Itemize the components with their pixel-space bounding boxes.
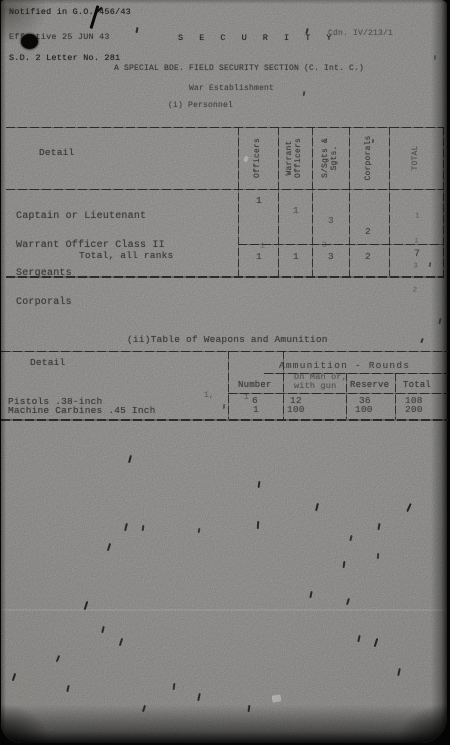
corporals-count: 2: [365, 227, 371, 237]
section-i-heading: (i) Personnel: [168, 101, 233, 110]
carbines-total-rounds: 200: [405, 405, 423, 415]
dust-speck: [372, 139, 374, 143]
dust-speck: [377, 523, 380, 530]
reserve-header: Reserve: [350, 381, 389, 390]
dust-speck: [248, 705, 251, 712]
dust-speck: [349, 535, 352, 541]
dust-speck: [343, 561, 346, 568]
table-border: [1, 351, 448, 352]
weapons-detail-header: Detail: [30, 358, 65, 368]
dust-speck: [258, 481, 261, 488]
dust-speck: [124, 523, 127, 531]
row-total: 3: [413, 262, 448, 271]
scan-light-band: [1, 609, 447, 611]
row-total: 2: [413, 287, 448, 296]
table-border: [238, 244, 444, 245]
dust-speck: [107, 543, 111, 551]
dust-speck: [397, 668, 400, 676]
dust-speck: [135, 27, 138, 33]
total-sgts: 3: [328, 252, 334, 262]
dust-speck: [119, 638, 123, 646]
unit-title: A SPECIAL BDE. FIELD SECURITY SECTION (C…: [114, 64, 364, 73]
row-total: 1: [415, 213, 450, 222]
dust-speck: [309, 591, 312, 598]
security-classification: S E C U R I T Y: [178, 34, 337, 43]
doc-type-heading: War Establishment: [189, 84, 274, 93]
dust-speck: [142, 525, 144, 531]
stray-typed-mark: 1,: [204, 391, 214, 400]
rank-row-warrant-officer: Warrant Officer Class II: [16, 241, 165, 251]
dust-speck: [406, 503, 411, 512]
dust-speck: [128, 455, 132, 463]
dust-speck: [377, 553, 379, 559]
dust-speck: [56, 655, 60, 662]
stray-typed-mark: 3: [322, 241, 327, 250]
sgts-count: 3: [328, 216, 334, 226]
dust-speck: [357, 635, 360, 642]
dust-speck: [303, 91, 305, 96]
column-header-total: TOTAL: [387, 126, 445, 190]
dust-speck: [142, 705, 146, 712]
weapons-table-title: (ii)Table of Weapons and Amunition: [127, 335, 328, 345]
table-border: [395, 373, 396, 419]
officers-count: 1: [256, 196, 262, 206]
rank-row-sergeants: Sergeants: [16, 269, 165, 279]
table-border: [228, 351, 229, 419]
dust-speck: [101, 626, 104, 633]
carbines-reserve: 100: [355, 405, 373, 415]
carbines-number: 1: [253, 405, 259, 415]
white-fleck: [271, 694, 281, 702]
rank-row-corporals: Corporals: [16, 298, 165, 308]
total-officers: 1: [256, 252, 262, 262]
dust-speck: [173, 683, 176, 690]
dust-speck: [438, 318, 441, 324]
table-border: [1, 419, 448, 421]
dust-speck: [315, 503, 318, 511]
dust-speck: [420, 338, 423, 343]
ammo-total-header: Total: [403, 381, 431, 390]
on-man-header: On Man or, with gun: [294, 373, 347, 391]
document-page: Notified in G.O. 456/43 Effective 25 JUN…: [1, 0, 447, 743]
dust-speck: [434, 55, 436, 60]
establishment-reference: Cdn. IV/213/1: [328, 29, 393, 38]
grand-total: 7: [414, 250, 420, 260]
dust-speck: [374, 638, 378, 647]
total-warrant-officers: 1: [293, 252, 299, 262]
photo-vignette: [1, 0, 447, 743]
sd-letter-line: S.D. 2 Letter No. 281: [9, 54, 120, 63]
dust-speck: [66, 685, 69, 692]
dust-speck: [198, 528, 200, 533]
stray-typed-mark: 1: [260, 242, 265, 251]
ammunition-group-header: Ammunition - Rounds: [279, 361, 410, 371]
table-border: [228, 393, 448, 394]
scanned-document-photo: Notified in G.O. 456/43 Effective 25 JUN…: [0, 0, 450, 745]
stray-typed-mark: 1: [244, 393, 249, 402]
row-total: 1: [414, 237, 449, 246]
number-header: Number: [238, 381, 272, 390]
rank-row-captain: Captain or Lieutenant: [16, 212, 165, 222]
dust-speck: [223, 404, 225, 409]
notified-line: Notified in G.O. 456/43: [9, 8, 131, 17]
carbines-on-man: 100: [287, 405, 305, 415]
dust-speck: [12, 673, 16, 681]
dust-speck: [197, 693, 200, 701]
total-corporals: 2: [365, 252, 371, 262]
table-border: [264, 373, 448, 374]
dust-speck: [346, 598, 350, 605]
dust-speck: [257, 521, 259, 529]
weapon-row-machine-carbines: Machine Carbines .45 Inch: [8, 406, 156, 416]
warrant-officers-count: 1: [293, 206, 299, 216]
total-all-ranks-label: Total, all ranks: [79, 251, 173, 261]
personnel-detail-header: Detail: [39, 148, 74, 158]
ink-blob: [21, 34, 38, 49]
